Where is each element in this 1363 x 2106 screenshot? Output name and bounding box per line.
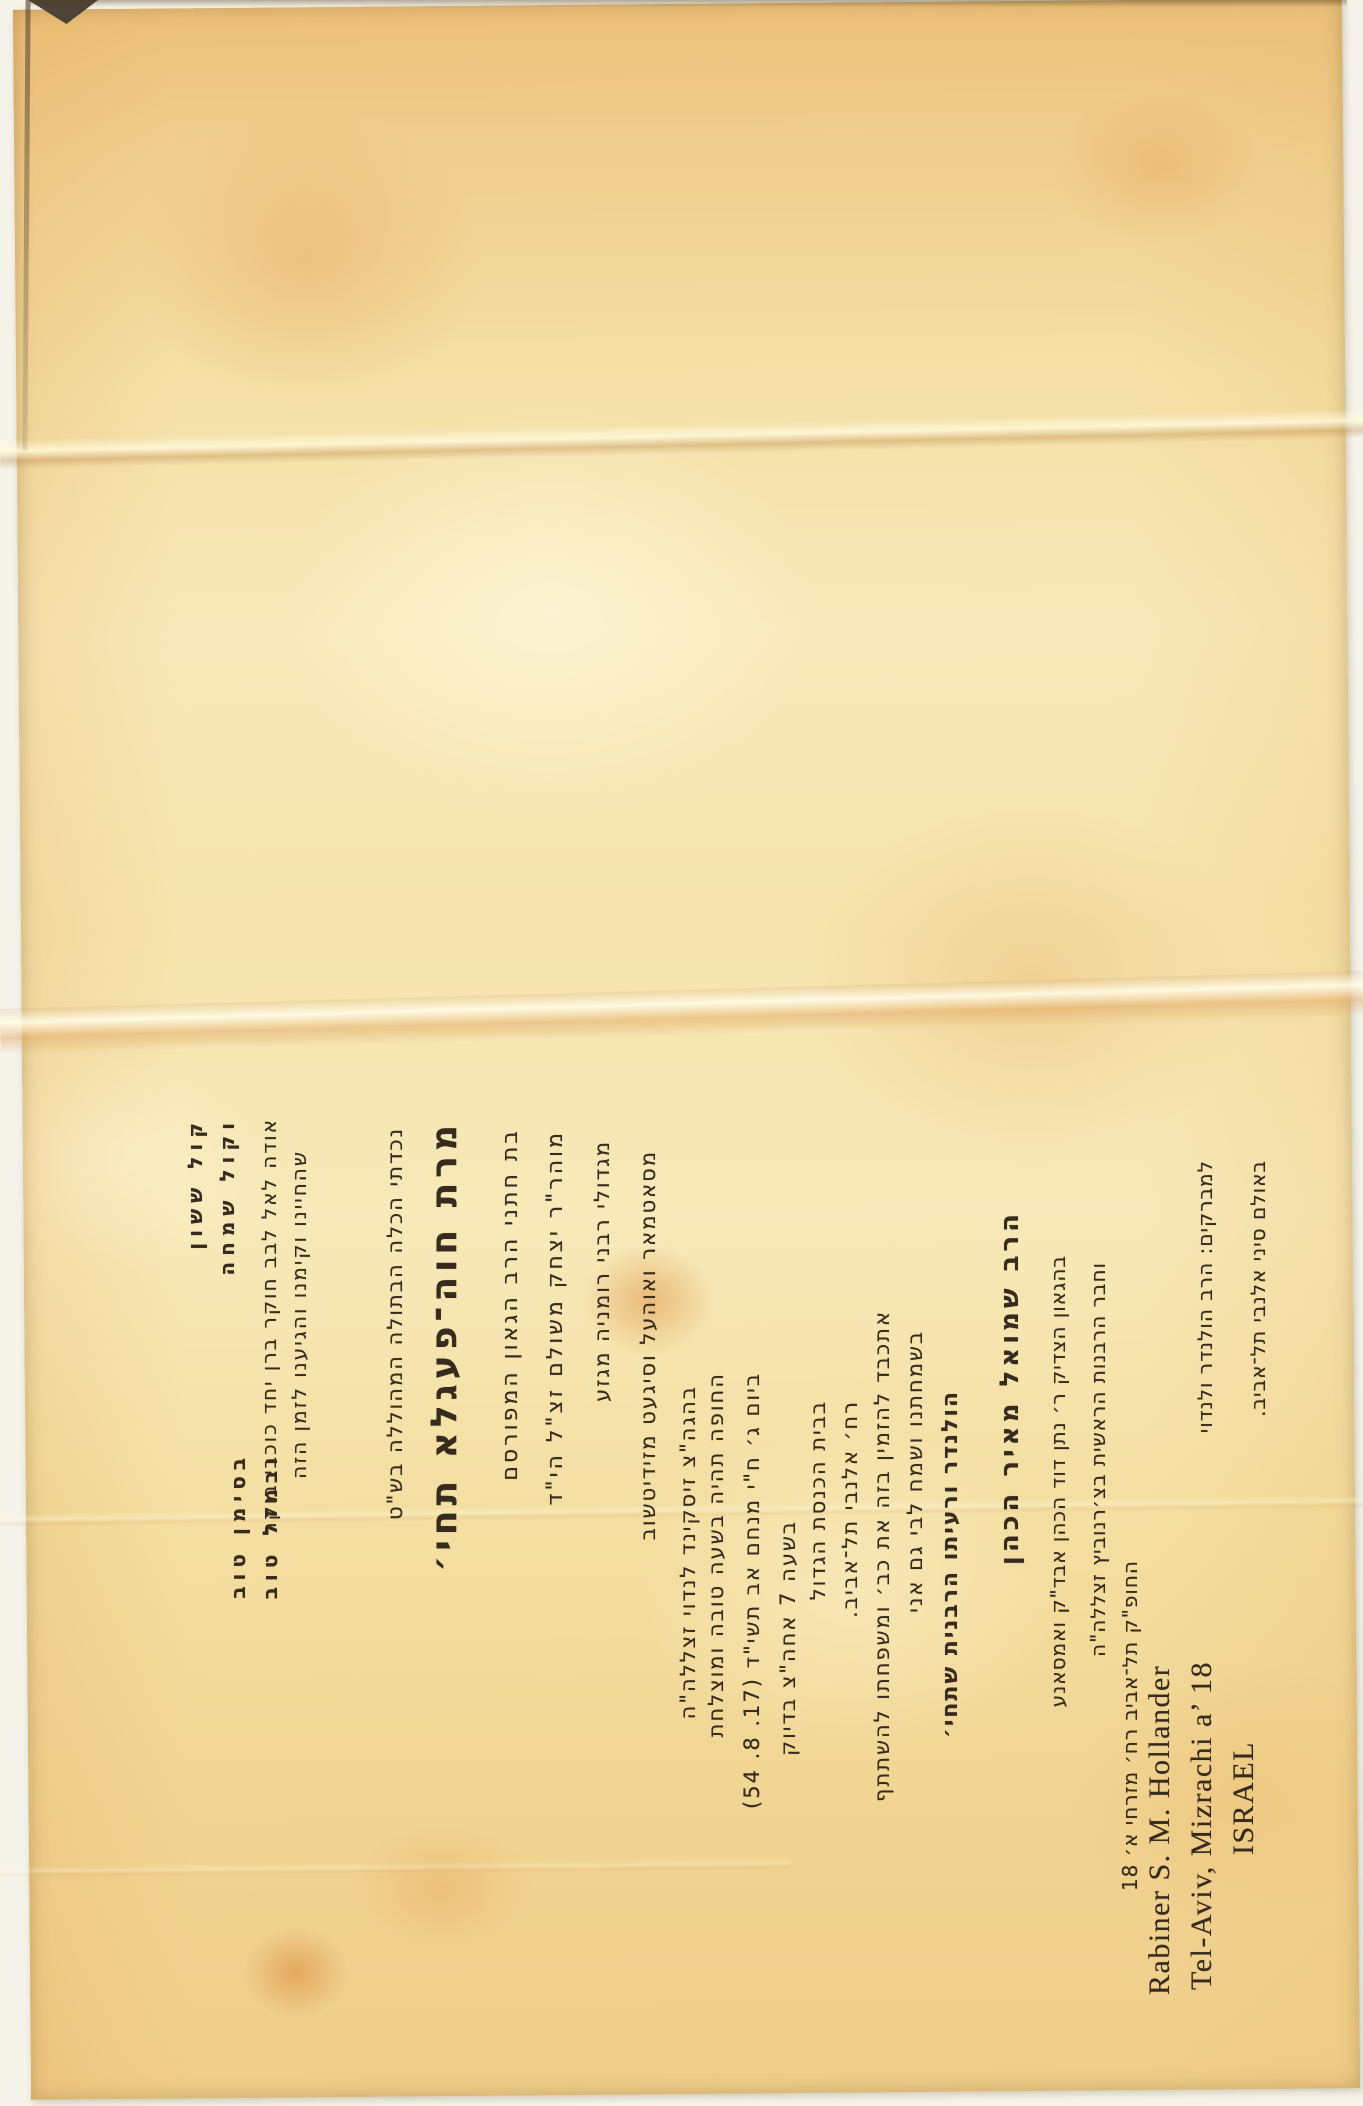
synagogue-line: בבית הכנסת הגדול: [808, 1400, 829, 1600]
date-line: ביום ג׳ ח"י מנחם אב תשי"ד (17. 8. 54): [742, 1372, 763, 1809]
invite-line-2: בשמחתנו ושמח לבי גם אני: [905, 1330, 926, 1613]
paper-top-edge-shadow: [30, 0, 1347, 7]
voices-right-2: וקול שמחה: [217, 1117, 237, 1276]
siman-tov-1: בסימן טוב: [228, 1452, 248, 1599]
chuppah-line: החופה תהיה בשעה טובה ומוצלחת: [706, 1372, 727, 1737]
host-name-line: הרב שמואל מאיר הכהן: [997, 1210, 1023, 1565]
latin-address-line-1: Rabiner S. M. Hollander: [1145, 1665, 1175, 1995]
invite-line-1: אתכבד להזמין בזה את כב׳ ומשפחתו להשתתף: [872, 1310, 893, 1802]
host-address-line: החופ"ק תל־אביב רח׳ מזרחי א׳ 18: [1120, 1560, 1140, 1891]
bride-lineage-line-1: בת חתני הרב הגאון המפורסם: [500, 1128, 522, 1481]
latin-address-line-2: Tel-Aviv, Mizrachi a’ 18: [1187, 1661, 1217, 1990]
bride-lineage-line-3: מגדולי רבני רומניה מגזע: [592, 1140, 613, 1402]
bride-lineage-line-4: מסאטמאר ואוהעל וסיגעט מזידיטשוב: [638, 1150, 659, 1540]
verse-line: אודה לאל לבב חוקר ברן יחד כוכבי בוקר: [259, 1118, 279, 1534]
hall-line: באולם סיני אלנבי תל־אביב.: [1248, 1160, 1268, 1417]
bride-name-line: מרת חוה־פעגלא תחי׳: [427, 1120, 463, 1572]
bride-intro-line: נכדתי הכלה הבתולה המהוללה בש"ט: [385, 1127, 406, 1520]
host-lineage-line-1: בהגאון הצדיק ר׳ נתן דוד הכהן אבד"ק ואמסא…: [1048, 1255, 1068, 1707]
latin-address-line-3: ISRAEL: [1229, 1741, 1259, 1855]
telegrams-line: למברקים: הרב הולנדר ולנדוי: [1195, 1160, 1215, 1433]
hour-line: בשעה 7 אחה"צ בדיוק: [778, 1520, 799, 1756]
shehecheyanu-line: שהחיינו וקימנו והגיענו לזמן הזה: [289, 1150, 309, 1479]
bride-lineage-line-2: מוהר"ר יצחק משולם זצ"ל הי"ד: [545, 1130, 567, 1506]
rotated-invitation-text: קול ששון וקול שמחה בסימן טוב ובמזל טוב א…: [175, 1040, 1280, 2050]
hosts-wife-line: הולנדר ורעיתו הרבנית שתחי׳: [940, 1390, 962, 1738]
voices-right-1: קול ששון: [185, 1117, 205, 1250]
synagogue-street-line: רח׳ אלנבי תל־אביב.: [840, 1400, 861, 1618]
host-lineage-line-2: וחבר הרבנות הראשית בצ׳רנוביץ זצללה"ה: [1088, 1262, 1108, 1657]
landau-line: בהגה"צ זיסקינד לנדוי זצללה"ה: [678, 1385, 699, 1719]
